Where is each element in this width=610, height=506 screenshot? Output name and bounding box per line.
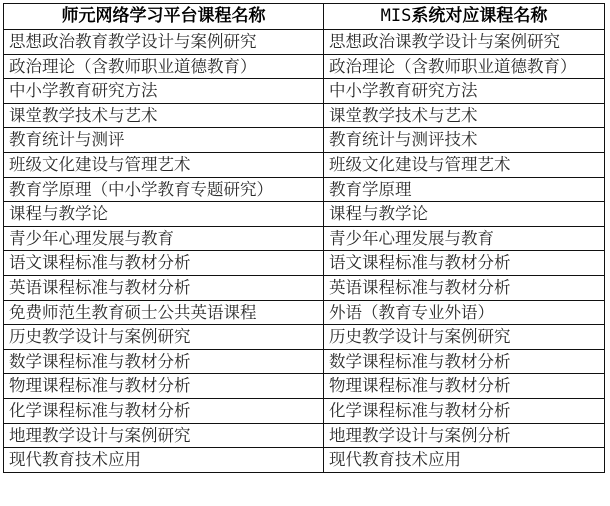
mis-course-cell: 课程与教学论: [324, 202, 605, 227]
platform-course-cell: 免费师范生教育硕士公共英语课程: [4, 300, 324, 325]
platform-course-cell: 地理教学设计与案例研究: [4, 423, 324, 448]
platform-course-cell: 教育学原理（中小学教育专题研究）: [4, 177, 324, 202]
table-row: 物理课程标准与教材分析物理课程标准与教材分析: [4, 374, 605, 399]
mis-course-cell: 数学课程标准与教材分析: [324, 349, 605, 374]
platform-course-cell: 教育统计与测评: [4, 128, 324, 153]
header-mis-course: MIS系统对应课程名称: [324, 4, 605, 30]
table-row: 中小学教育研究方法中小学教育研究方法: [4, 79, 605, 104]
table-row: 免费师范生教育硕士公共英语课程外语（教育专业外语）: [4, 300, 605, 325]
platform-course-cell: 现代教育技术应用: [4, 448, 324, 473]
table-row: 班级文化建设与管理艺术班级文化建设与管理艺术: [4, 152, 605, 177]
table-row: 思想政治教育教学设计与案例研究思想政治课教学设计与案例研究: [4, 30, 605, 55]
table-row: 课程与教学论课程与教学论: [4, 202, 605, 227]
platform-course-cell: 青少年心理发展与教育: [4, 226, 324, 251]
table-row: 教育学原理（中小学教育专题研究）教育学原理: [4, 177, 605, 202]
table-row: 语文课程标准与教材分析语文课程标准与教材分析: [4, 251, 605, 276]
mis-course-cell: 现代教育技术应用: [324, 448, 605, 473]
platform-course-cell: 数学课程标准与教材分析: [4, 349, 324, 374]
table-row: 现代教育技术应用现代教育技术应用: [4, 448, 605, 473]
table-row: 英语课程标准与教材分析英语课程标准与教材分析: [4, 275, 605, 300]
platform-course-cell: 历史教学设计与案例研究: [4, 325, 324, 350]
mis-course-cell: 思想政治课教学设计与案例研究: [324, 30, 605, 55]
mis-course-cell: 课堂教学技术与艺术: [324, 103, 605, 128]
course-mapping-table: 师元网络学习平台课程名称 MIS系统对应课程名称 思想政治教育教学设计与案例研究…: [3, 3, 605, 473]
platform-course-cell: 思想政治教育教学设计与案例研究: [4, 30, 324, 55]
platform-course-cell: 英语课程标准与教材分析: [4, 275, 324, 300]
platform-course-cell: 语文课程标准与教材分析: [4, 251, 324, 276]
platform-course-cell: 化学课程标准与教材分析: [4, 398, 324, 423]
mis-course-cell: 班级文化建设与管理艺术: [324, 152, 605, 177]
mis-course-cell: 政治理论（含教师职业道德教育）: [324, 54, 605, 79]
table-row: 历史教学设计与案例研究历史教学设计与案例研究: [4, 325, 605, 350]
table-row: 数学课程标准与教材分析数学课程标准与教材分析: [4, 349, 605, 374]
header-platform-course: 师元网络学习平台课程名称: [4, 4, 324, 30]
table-row: 地理教学设计与案例研究地理教学设计与案例分析: [4, 423, 605, 448]
mis-course-cell: 英语课程标准与教材分析: [324, 275, 605, 300]
platform-course-cell: 中小学教育研究方法: [4, 79, 324, 104]
table-row: 课堂教学技术与艺术课堂教学技术与艺术: [4, 103, 605, 128]
mis-course-cell: 中小学教育研究方法: [324, 79, 605, 104]
mis-course-cell: 教育学原理: [324, 177, 605, 202]
header-mis-rest: 系统对应课程名称: [411, 6, 547, 26]
header-mis-prefix: MIS: [381, 6, 412, 26]
mis-course-cell: 历史教学设计与案例研究: [324, 325, 605, 350]
mis-course-cell: 物理课程标准与教材分析: [324, 374, 605, 399]
mis-course-cell: 外语（教育专业外语）: [324, 300, 605, 325]
table-header-row: 师元网络学习平台课程名称 MIS系统对应课程名称: [4, 4, 605, 30]
platform-course-cell: 政治理论（含教师职业道德教育）: [4, 54, 324, 79]
table-row: 教育统计与测评教育统计与测评技术: [4, 128, 605, 153]
mis-course-cell: 地理教学设计与案例分析: [324, 423, 605, 448]
mis-course-cell: 化学课程标准与教材分析: [324, 398, 605, 423]
table-body: 思想政治教育教学设计与案例研究思想政治课教学设计与案例研究政治理论（含教师职业道…: [4, 30, 605, 473]
mis-course-cell: 语文课程标准与教材分析: [324, 251, 605, 276]
table-row: 化学课程标准与教材分析化学课程标准与教材分析: [4, 398, 605, 423]
mis-course-cell: 青少年心理发展与教育: [324, 226, 605, 251]
table-row: 政治理论（含教师职业道德教育）政治理论（含教师职业道德教育）: [4, 54, 605, 79]
platform-course-cell: 物理课程标准与教材分析: [4, 374, 324, 399]
platform-course-cell: 班级文化建设与管理艺术: [4, 152, 324, 177]
platform-course-cell: 课堂教学技术与艺术: [4, 103, 324, 128]
platform-course-cell: 课程与教学论: [4, 202, 324, 227]
mis-course-cell: 教育统计与测评技术: [324, 128, 605, 153]
table-row: 青少年心理发展与教育青少年心理发展与教育: [4, 226, 605, 251]
